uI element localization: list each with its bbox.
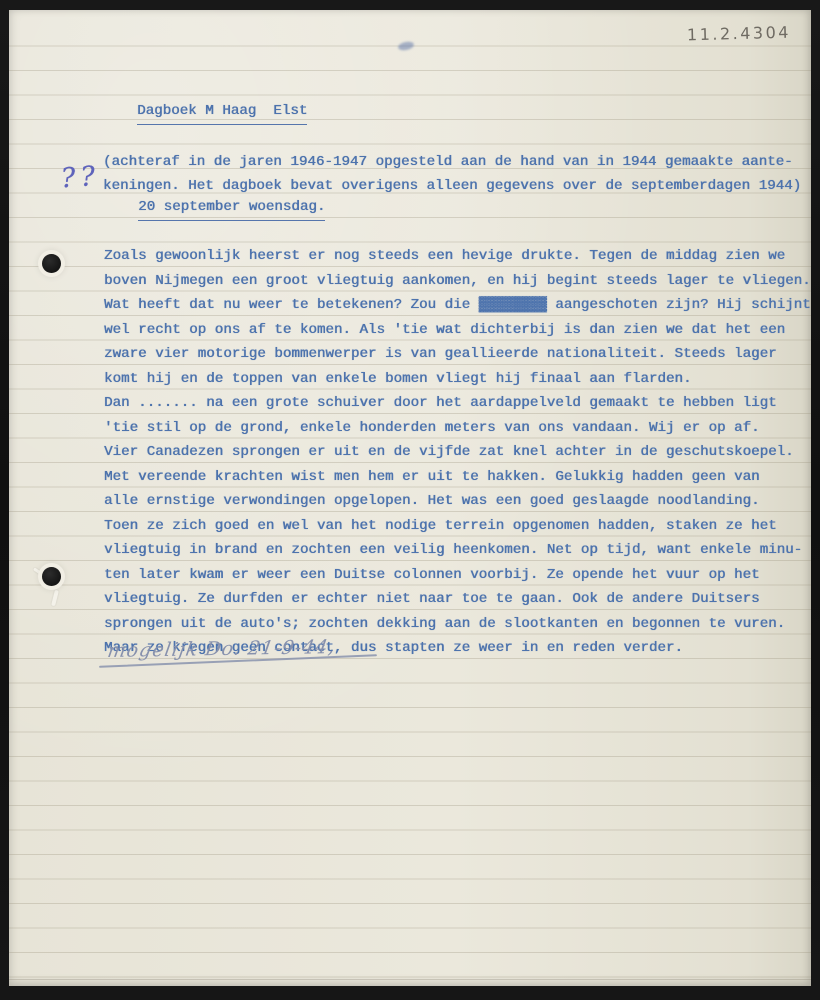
paper-sheet: 11.2.4304 Dagboek M Haag Elst (achteraf …: [9, 10, 811, 986]
paper-crease: [51, 590, 59, 606]
typed-line: 'tie stil op de grond, enkele honderden …: [104, 416, 811, 441]
typed-line: ten later kwam er weer een Duitse colonn…: [104, 563, 811, 588]
scanned-diary-screenshot: { "document": { "kind": "scanned typewri…: [0, 0, 820, 1000]
typed-line: wel recht op ons af te komen. Als 'tie w…: [104, 318, 811, 343]
diary-title: Dagboek M Haag Elst: [137, 99, 307, 126]
typed-line: Met vereende krachten wist men hem er ui…: [104, 465, 811, 490]
typed-line: sprongen uit de auto's; zochten dekking …: [104, 612, 811, 637]
typed-line: Dan ....... na een grote schuiver door h…: [104, 391, 811, 416]
typed-line: boven Nijmegen een groot vliegtuig aanko…: [104, 269, 811, 294]
ink-smudge: [397, 40, 414, 51]
archive-number-annotation: 11.2.4304: [687, 23, 791, 45]
hole-punch-top: [42, 254, 61, 273]
typed-line: komt hij en de toppen van enkele bomen v…: [104, 367, 811, 392]
typed-line: alle ernstige verwondingen opgelopen. He…: [104, 489, 811, 514]
typed-line: Vier Canadezen sprongen er uit en de vij…: [104, 440, 811, 465]
typed-line: Wat heeft dat nu weer te betekenen? Zou …: [104, 293, 811, 318]
typed-line: Zoals gewoonlijk heerst er nog steeds ee…: [104, 244, 811, 269]
hole-punch-bottom: [42, 567, 61, 586]
question-marks-annotation: ??: [60, 161, 101, 195]
paper-bottom-edge: [9, 979, 811, 980]
typed-line: vliegtuig. Ze durfden er echter niet naa…: [104, 587, 811, 612]
typed-line: zware vier motorige bommenwerper is van …: [104, 342, 811, 367]
typed-line: vliegtuig in brand en zochten een veilig…: [104, 538, 811, 563]
entry-body: Zoals gewoonlijk heerst er nog steeds ee…: [104, 195, 811, 710]
typed-line: Toen ze zich goed en wel van het nodige …: [104, 514, 811, 539]
